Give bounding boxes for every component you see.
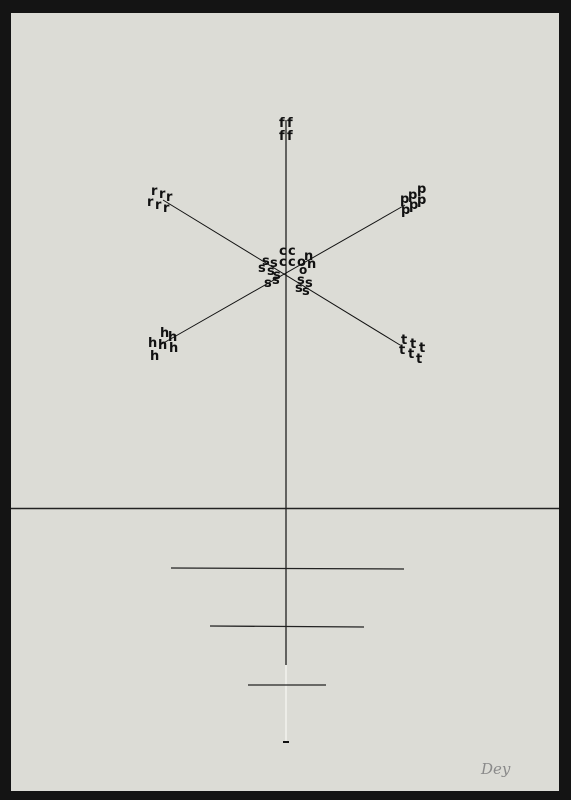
letter-t: t [416,353,422,366]
letter-s: s [264,277,272,290]
letter-h: h [158,339,167,352]
line-drawing [0,0,571,800]
letter-t: t [408,348,414,361]
letter-t: t [399,344,405,357]
letter-s: s [272,274,280,287]
pencil-signature: Dey [481,760,510,778]
letter-h: h [150,350,159,363]
letter-p: p [417,194,426,207]
letter-r: r [163,202,169,215]
letter-s: s [258,262,266,275]
diagonal-line-up [160,205,405,345]
letter-f: f [279,130,285,143]
bar-long [171,568,404,569]
letter-f: f [287,130,293,143]
letter-s: s [302,285,310,298]
letter-h: h [169,342,178,355]
letter-r: r [155,199,161,212]
letter-n: n [307,258,316,271]
letter-p: p [401,204,410,217]
bar-medium [210,626,364,627]
letter-r: r [147,196,153,209]
letter-p: p [409,199,418,212]
letter-c: c [288,256,296,269]
